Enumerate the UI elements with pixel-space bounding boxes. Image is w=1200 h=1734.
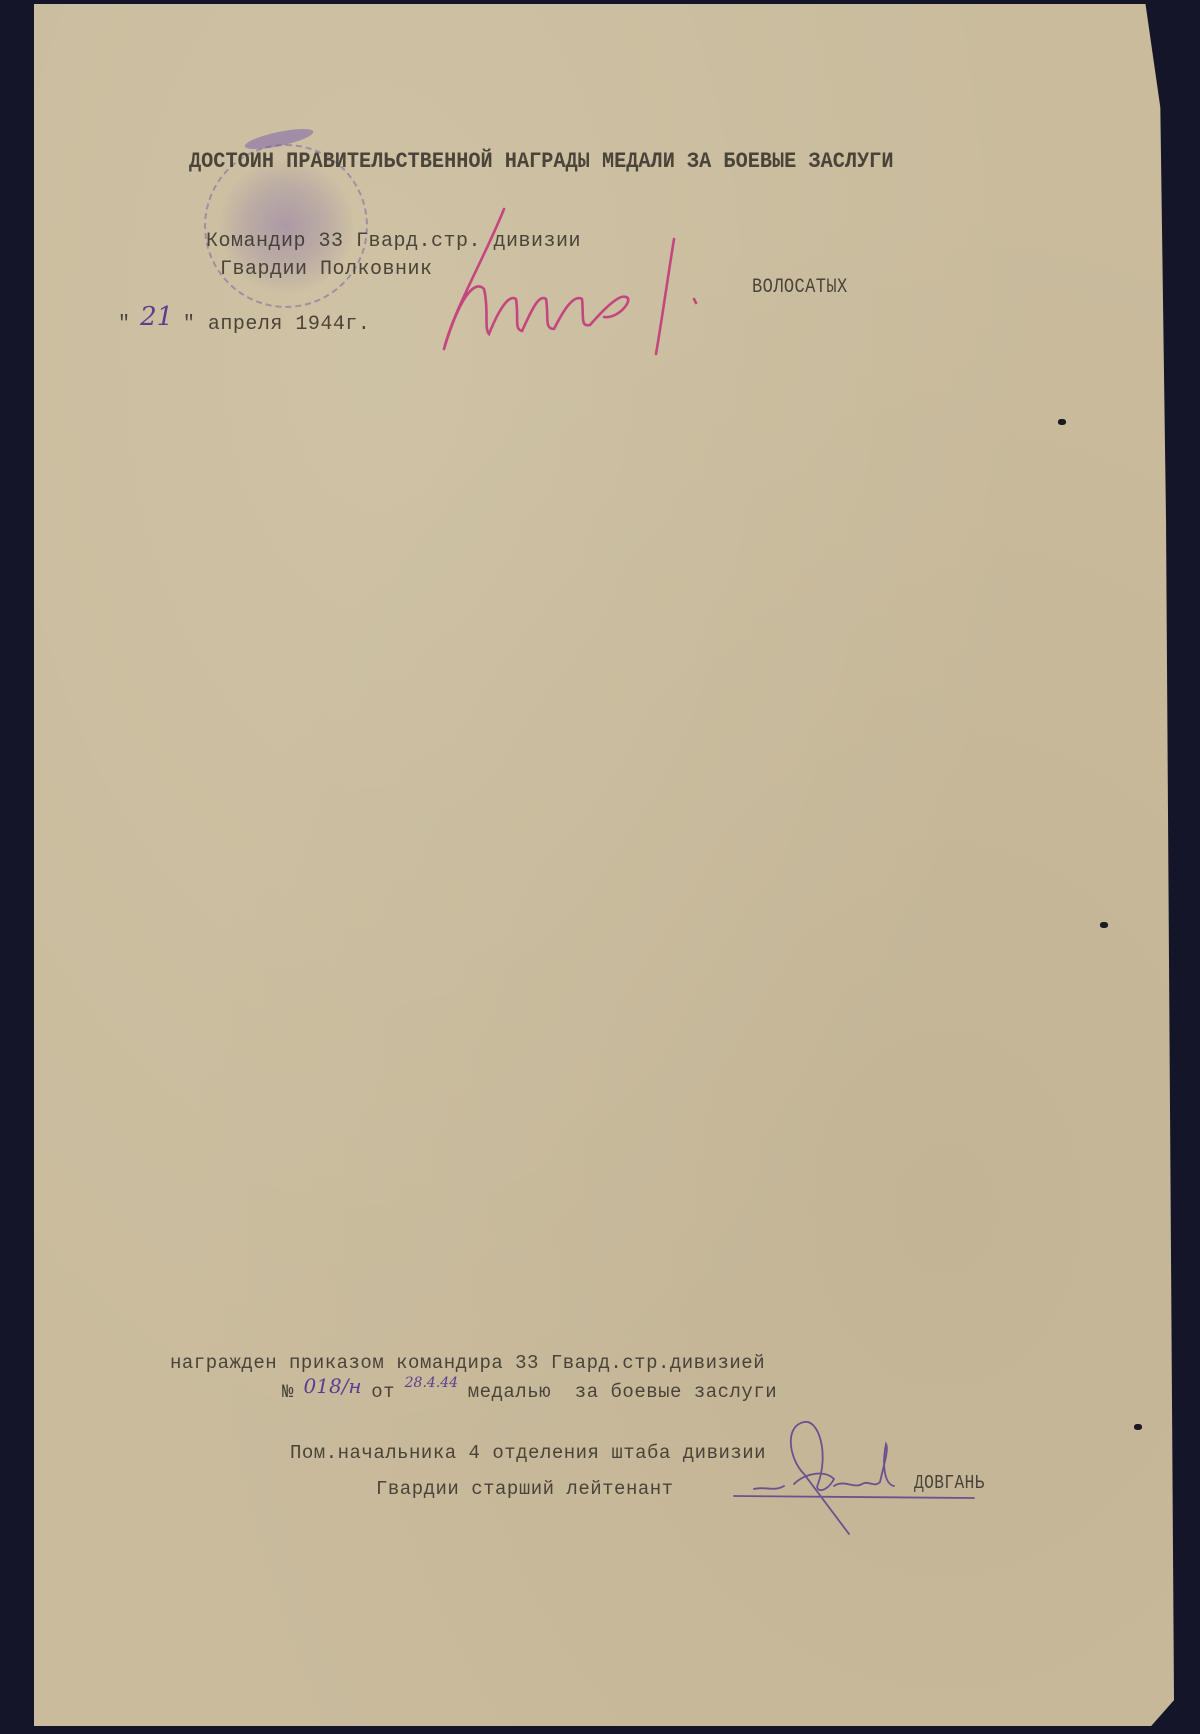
- order-number-handwritten: 018/н: [304, 1374, 362, 1398]
- document-heading: ДОСТОИН ПРАВИТЕЛЬСТВЕННОЙ НАГРАДЫ МЕДАЛИ…: [189, 149, 893, 174]
- document-page: ДОСТОИН ПРАВИТЕЛЬСТВЕННОЙ НАГРАДЫ МЕДАЛИ…: [34, 4, 1174, 1726]
- signatory-signature: [734, 1414, 974, 1544]
- award-medal-text: медалью за боевые заслуги: [468, 1381, 777, 1403]
- binding-hole: [1058, 419, 1066, 425]
- signatory-rank-line: Гвардии старший лейтенант: [376, 1478, 674, 1500]
- binding-hole: [1134, 1424, 1142, 1430]
- order-from-label: от: [371, 1381, 395, 1403]
- order-date-handwritten: 28.4.44: [405, 1375, 458, 1391]
- order-number-sign: №: [282, 1381, 294, 1403]
- award-order-line: награжден приказом командира 33 Гвард.ст…: [170, 1352, 765, 1374]
- binding-hole: [1100, 922, 1108, 928]
- commander-rank-line: Гвардии Полковник: [220, 258, 433, 281]
- commander-signature: [404, 199, 724, 359]
- date-day-handwritten: 21: [140, 302, 173, 332]
- award-order-number-line: № 018/н от 28.4.44 медалью за боевые зас…: [282, 1378, 777, 1403]
- date-open-quote: ": [118, 313, 131, 336]
- commander-date: " 21 " апреля 1944г.: [118, 306, 370, 336]
- date-month-year: " апреля 1944г.: [183, 313, 371, 336]
- signatory-position-line: Пом.начальника 4 отделения штаба дивизии: [290, 1442, 766, 1464]
- commander-surname: ВОЛОСАТЫХ: [752, 276, 848, 299]
